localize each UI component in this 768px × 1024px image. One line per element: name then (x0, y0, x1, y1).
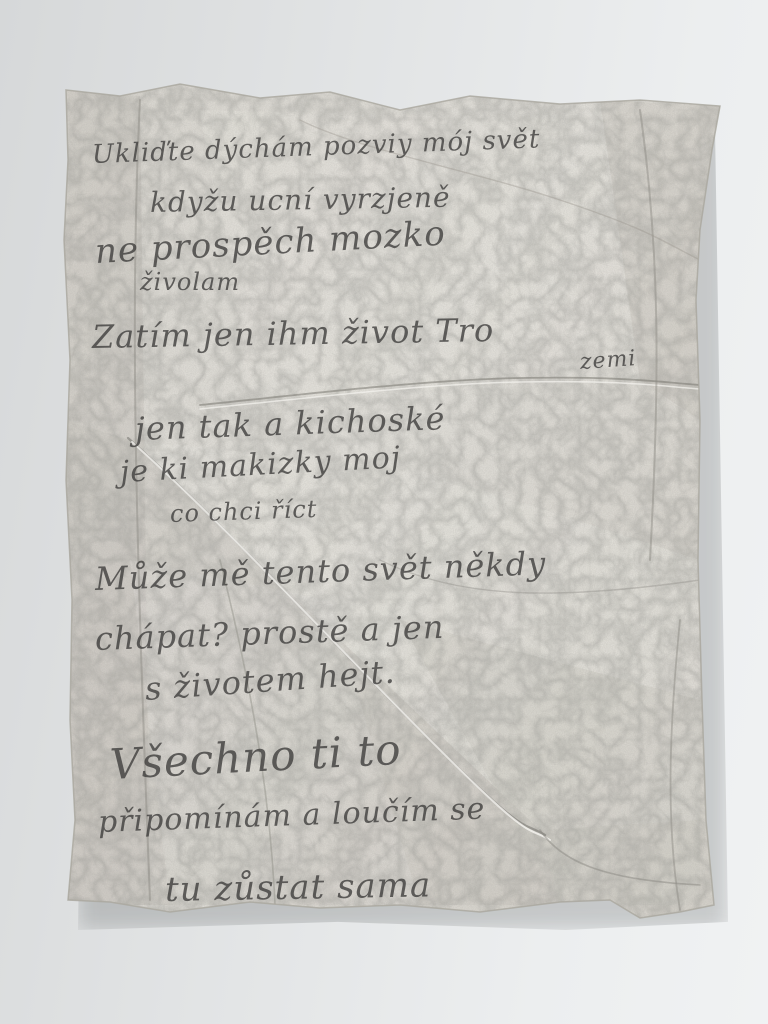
photo-stage: Ukliďte dýchám pozviy mój světkdyžu ucní… (0, 0, 768, 1024)
crumpled-paper-artwork (0, 0, 768, 1024)
